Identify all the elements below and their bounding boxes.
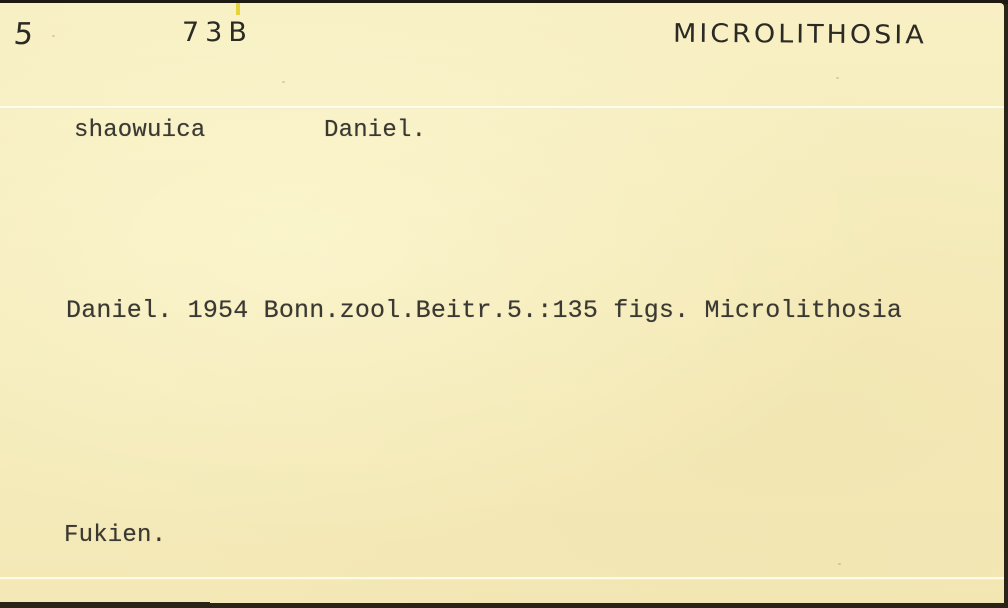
species-name: shaowuica — [74, 117, 205, 144]
scan-bottom-edge — [0, 602, 210, 608]
ruled-line — [0, 106, 1004, 109]
handwritten-card-number: 5 — [12, 17, 37, 52]
paper-speck — [52, 35, 55, 37]
bibliographic-reference: Daniel. 1954 Bonn.zool.Beitr.5.:135 figs… — [66, 296, 902, 325]
species-author: Daniel. — [324, 117, 426, 144]
handwritten-drawer-code: 73B — [182, 17, 253, 48]
yellow-marker-tab — [236, 3, 240, 15]
paper-speck — [836, 77, 839, 79]
type-locality: Fukien. — [64, 522, 166, 549]
ruled-line — [0, 577, 1004, 580]
paper-speck — [838, 563, 841, 565]
handwritten-genus-heading: MICROLITHOSIA — [673, 19, 927, 50]
index-card: 5 73B MICROLITHOSIA shaowuica Daniel. Da… — [0, 3, 1004, 603]
paper-speck — [282, 81, 285, 83]
